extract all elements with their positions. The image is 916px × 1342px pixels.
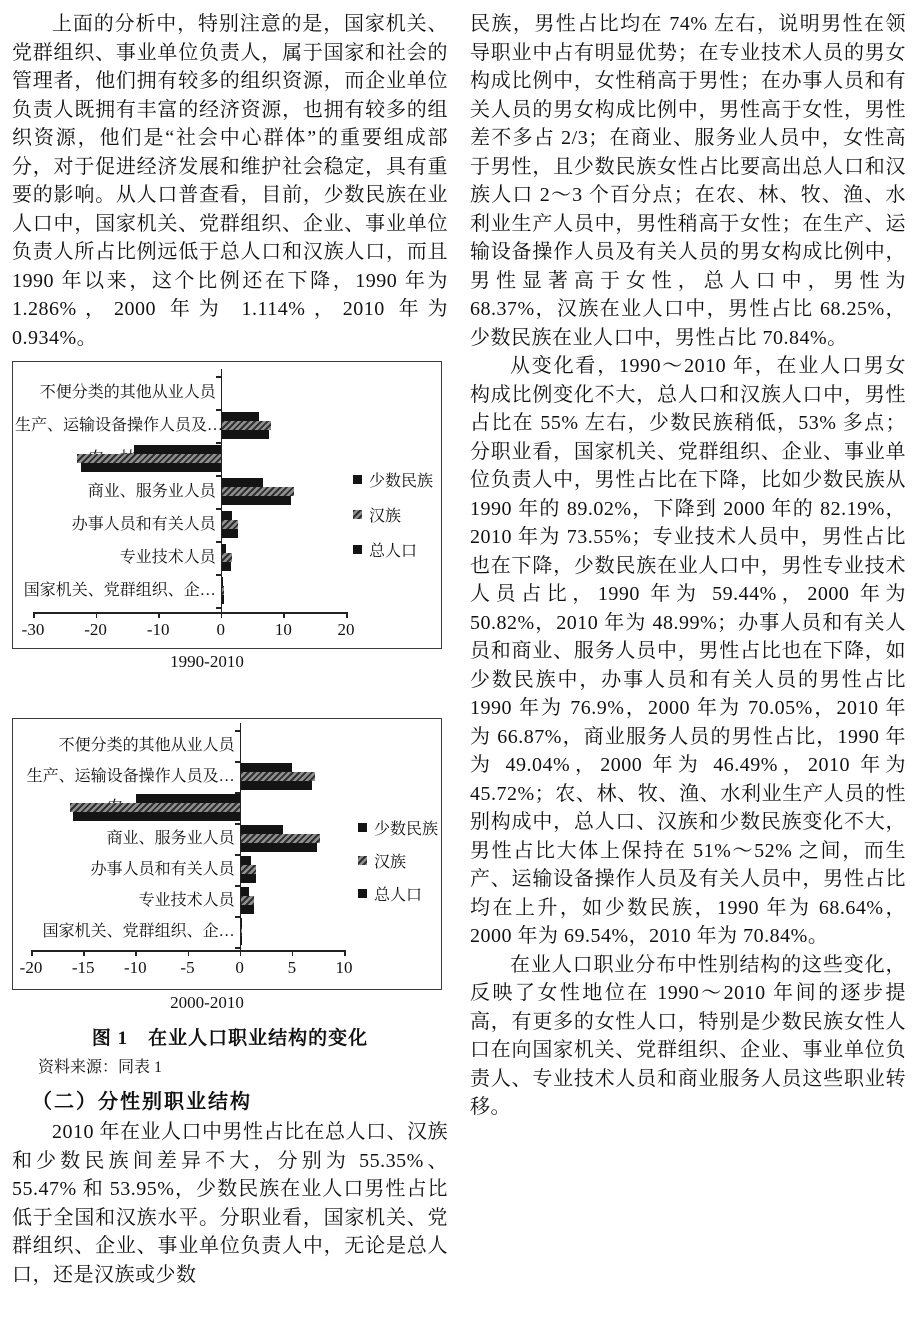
category-label: 办事人员和有关人员: [15, 514, 216, 536]
bar-少数民族: [222, 412, 260, 421]
legend-marker: [353, 510, 362, 519]
legend-marker: [358, 889, 367, 898]
bar-总人口: [222, 496, 291, 505]
x-axis-tick: [135, 950, 137, 956]
bar-总人口: [241, 874, 257, 883]
paragraph-continuation: 民族，男性占比均在 74% 左右，说明男性在领导职业中占有明显优势；在专业技术人…: [470, 10, 906, 352]
bar-少数民族: [222, 577, 223, 586]
legend-label: 总人口: [374, 882, 422, 905]
category-label: 生产、运输设备操作人员及…: [15, 766, 235, 788]
bar-少数民族: [222, 478, 263, 487]
section-heading: （二）分性别职业结构: [12, 1085, 448, 1114]
figure-source-note: 资料来源：同表 1: [12, 1054, 448, 1077]
x-axis-tick: [344, 950, 346, 956]
bar-总人口: [241, 905, 255, 914]
figure-title: 图 1 在业人口职业结构的变化: [12, 1023, 448, 1050]
legend-marker: [358, 823, 367, 832]
bar-少数民族: [241, 825, 284, 834]
category-tick: [216, 574, 221, 576]
x-axis-tick: [283, 612, 285, 618]
category-tick: [216, 376, 221, 378]
category-tick: [235, 885, 240, 887]
bar-总人口: [222, 529, 238, 538]
bar-少数民族: [222, 511, 232, 520]
bar-汉族: [222, 553, 232, 562]
bar-少数民族: [136, 794, 239, 803]
x-axis-tick-label: -20: [74, 620, 118, 640]
legend-label: 少数民族: [374, 816, 438, 839]
category-tick: [216, 409, 221, 411]
paragraph-conclusion: 在业人口职业分布中性别结构的这些变化，反映了女性地位在 1990～2010 年间…: [470, 951, 906, 1122]
category-label: 办事人员和有关人员: [15, 859, 235, 881]
legend-marker: [353, 545, 362, 554]
paragraph-changes: 从变化看，1990～2010 年，在业人口男女构成比例变化不大，总人口和汉族人口…: [470, 352, 906, 951]
x-axis-tick-label: -15: [61, 958, 105, 978]
bar-总人口: [222, 595, 224, 604]
paragraph-gender-structure: 2010 年在业人口中男性占比在总人口、汉族和少数民族间差异不大，分别为 55.…: [12, 1118, 448, 1289]
category-tick: [216, 442, 221, 444]
category-tick: [235, 916, 240, 918]
bar-总人口: [81, 463, 221, 472]
x-axis-tick: [96, 612, 98, 618]
legend-marker: [353, 475, 362, 484]
category-label: 不便分类的其他从业人员: [15, 735, 235, 757]
x-axis-tick-label: 0: [218, 958, 262, 978]
category-tick: [235, 823, 240, 825]
category-label: 国家机关、党群组织、企…: [15, 921, 235, 943]
x-axis-tick: [292, 950, 294, 956]
category-tick: [216, 508, 221, 510]
paragraph-intro: 上面的分析中，特别注意的是，国家机关、党群组织、事业单位负责人，属于国家和社会的…: [12, 10, 448, 352]
x-axis-tick-label: -30: [11, 620, 55, 640]
x-axis-line: [33, 612, 346, 614]
x-axis-tick-label: 10: [322, 958, 366, 978]
category-tick: [216, 475, 221, 477]
x-axis-tick: [31, 950, 33, 956]
category-label: 商业、服务业人员: [15, 481, 216, 503]
category-label: 不便分类的其他从业人员: [15, 382, 216, 404]
bar-汉族: [70, 803, 240, 812]
bar-汉族: [222, 487, 294, 496]
x-axis-tick: [33, 612, 35, 618]
legend-item: 总人口: [358, 882, 422, 905]
category-label: 专业技术人员: [15, 890, 235, 912]
bar-chart-1990-2010: 不便分类的其他从业人员生产、运输设备操作人员及…农、林、牧、渔…商业、服务业人员…: [12, 361, 442, 649]
bar-汉族: [222, 421, 271, 430]
bar-汉族: [222, 520, 238, 529]
x-axis-tick-label: -20: [9, 958, 53, 978]
legend-marker: [358, 856, 367, 865]
bar-少数民族: [241, 918, 242, 927]
bar-汉族: [241, 927, 243, 936]
x-axis-tick: [158, 612, 160, 618]
figure-chart-1990-2010: 不便分类的其他从业人员生产、运输设备操作人员及…农、林、牧、渔…商业、服务业人员…: [12, 361, 448, 672]
x-axis-tick: [83, 950, 85, 956]
legend-label: 少数民族: [369, 468, 433, 491]
category-tick: [216, 541, 221, 543]
category-tick: [235, 947, 240, 949]
bar-少数民族: [241, 856, 251, 865]
bar-总人口: [222, 562, 231, 571]
legend-item: 少数民族: [353, 468, 433, 491]
bar-汉族: [241, 834, 320, 843]
bar-总人口: [241, 843, 317, 852]
bar-少数民族: [134, 445, 221, 454]
bar-少数民族: [241, 887, 249, 896]
x-axis-tick-label: 5: [270, 958, 314, 978]
bar-少数民族: [222, 544, 226, 553]
legend-item: 汉族: [353, 503, 401, 526]
bar-汉族: [222, 586, 224, 595]
x-axis-tick-label: -10: [113, 958, 157, 978]
x-axis-tick-label: -10: [136, 620, 180, 640]
figure-chart-2000-2010: 不便分类的其他从业人员生产、运输设备操作人员及…农、林、牧、渔…商业、服务业人员…: [12, 718, 448, 1013]
legend-label: 汉族: [369, 503, 401, 526]
category-tick: [235, 761, 240, 763]
category-label: 专业技术人员: [15, 547, 216, 569]
bar-汉族: [241, 865, 257, 874]
bar-总人口: [73, 812, 240, 821]
bar-总人口: [222, 430, 270, 439]
chart-caption-1990-2010: 1990-2010: [12, 652, 402, 672]
right-column: 民族，男性占比均在 74% 左右，说明男性在领导职业中占有明显优势；在专业技术人…: [470, 10, 906, 1289]
bar-汉族: [241, 896, 255, 905]
category-label: 生产、运输设备操作人员及…: [15, 415, 216, 437]
x-axis-tick: [346, 612, 348, 618]
x-axis-tick: [221, 612, 223, 618]
x-axis-tick-label: -5: [166, 958, 210, 978]
legend-label: 汉族: [374, 849, 406, 872]
category-label: 国家机关、党群组织、企…: [15, 580, 216, 602]
category-tick: [235, 730, 240, 732]
category-tick: [216, 607, 221, 609]
legend-label: 总人口: [369, 538, 417, 561]
x-axis-tick: [188, 950, 190, 956]
x-axis-tick-label: 20: [324, 620, 368, 640]
bar-总人口: [241, 936, 243, 945]
left-column: 上面的分析中，特别注意的是，国家机关、党群组织、事业单位负责人，属于国家和社会的…: [12, 10, 448, 1289]
bar-总人口: [241, 781, 312, 790]
category-tick: [235, 854, 240, 856]
legend-item: 汉族: [358, 849, 406, 872]
bar-汉族: [77, 454, 220, 463]
bar-少数民族: [241, 763, 292, 772]
bar-汉族: [241, 772, 315, 781]
chart-caption-2000-2010: 2000-2010: [12, 993, 402, 1013]
legend-item: 少数民族: [358, 816, 438, 839]
legend-item: 总人口: [353, 538, 417, 561]
bar-chart-2000-2010: 不便分类的其他从业人员生产、运输设备操作人员及…农、林、牧、渔…商业、服务业人员…: [12, 718, 442, 990]
x-axis-tick: [240, 950, 242, 956]
document-page: 上面的分析中，特别注意的是，国家机关、党群组织、事业单位负责人，属于国家和社会的…: [0, 0, 916, 1299]
x-axis-tick-label: 0: [199, 620, 243, 640]
x-axis-tick-label: 10: [261, 620, 305, 640]
category-label: 商业、服务业人员: [15, 828, 235, 850]
